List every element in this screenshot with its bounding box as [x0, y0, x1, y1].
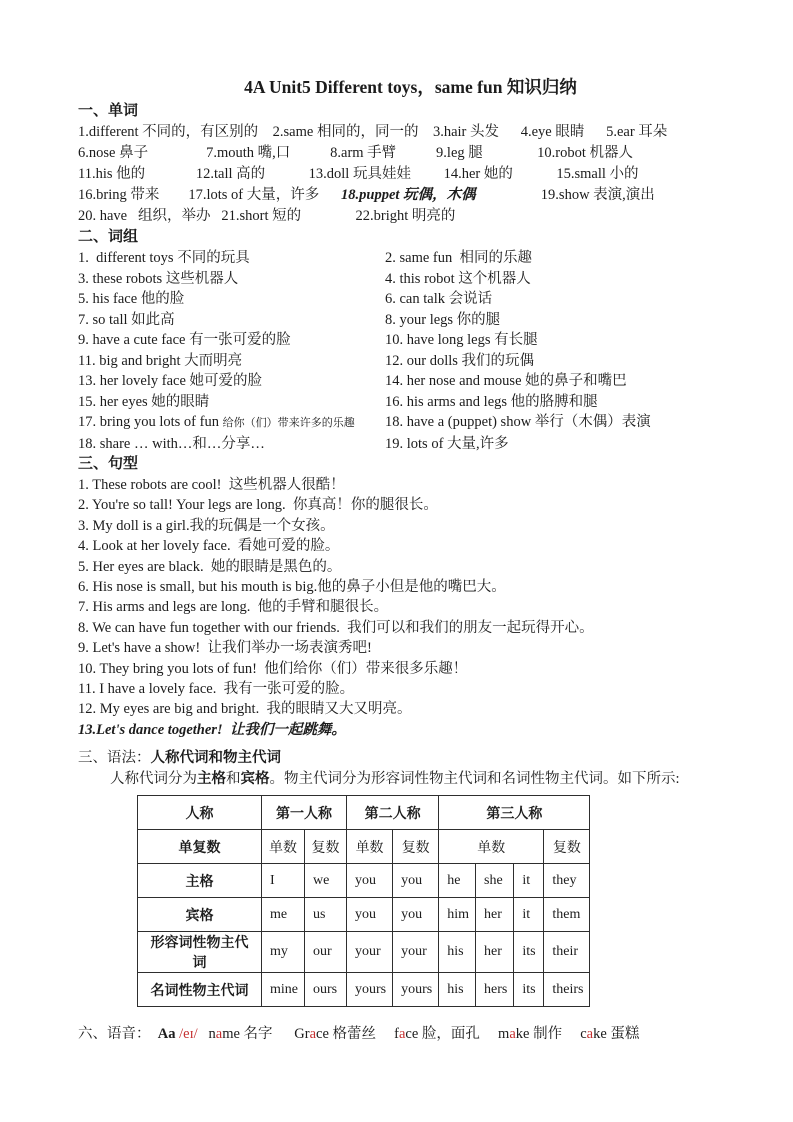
phrase-right: 8. your legs 你的腿 [385, 310, 743, 331]
phrase-right: 19. lots of 大量,许多 [385, 434, 743, 455]
phrase-left: 3. these robots 这些机器人 [78, 269, 385, 290]
table-cell: 宾格 [138, 898, 262, 932]
table-cell: their [544, 932, 590, 973]
table-cell: yours [347, 973, 393, 1007]
phrase-right: 4. this robot 这个机器人 [385, 269, 743, 290]
table-cell: hers [476, 973, 514, 1007]
table-cell: 主格 [138, 864, 262, 898]
table-cell: us [305, 898, 347, 932]
sentence-line: 7. His arms and legs are long. 他的手臂和腿很长。 [78, 597, 743, 617]
table-cell: her [476, 932, 514, 973]
table-cell: 复数 [393, 830, 439, 864]
phrase-left: 5. his face 他的脸 [78, 289, 385, 310]
section-phrases-heading: 二、词组 [78, 227, 743, 248]
phrase-row: 5. his face 他的脸 6. can talk 会说话 [78, 289, 743, 310]
sentence-line: 9. Let's have a show! 让我们举办一场表演秀吧! [78, 638, 743, 658]
word-line: 20. have 组织，举办 21.short 短的 22.bright 明亮的 [78, 206, 743, 227]
table-cell: it [514, 864, 544, 898]
table-cell: you [347, 864, 393, 898]
phrase-row: 17. bring you lots of fun 给你（们）带来许多的乐趣 1… [78, 412, 743, 434]
table-cell: them [544, 898, 590, 932]
sentence-line: 6. His nose is small, but his mouth is b… [78, 577, 743, 597]
sentence-line: 5. Her eyes are black. 她的眼睛是黑色的。 [78, 557, 743, 577]
table-cell: she [476, 864, 514, 898]
table-cell: 单数 [262, 830, 305, 864]
table-cell: my [262, 932, 305, 973]
phrase-right: 14. her nose and mouse 她的鼻子和嘴巴 [385, 371, 743, 392]
table-row: 名词性物主代词 mine ours yours yours his hers i… [138, 973, 590, 1007]
section-sentences-heading: 三、句型 [78, 454, 743, 475]
table-cell: he [439, 864, 476, 898]
table-row: 宾格 me us you you him her it them [138, 898, 590, 932]
table-cell: our [305, 932, 347, 973]
section-words-heading: 一、单词 [78, 101, 743, 122]
table-cell: 单数 [439, 830, 544, 864]
table-row: 形容词性物主代词 my our your your his her its th… [138, 932, 590, 973]
table-cell: 人称 [138, 796, 262, 830]
word-line: 6.nose 鼻子 7.mouth 嘴,口 8.arm 手臂 9.leg 腿 1… [78, 143, 743, 164]
table-header-row: 人称 第一人称 第二人称 第三人称 [138, 796, 590, 830]
table-cell: his [439, 932, 476, 973]
doc-title: 4A Unit5 Different toys，same fun 知识归纳 [78, 76, 743, 98]
phrase-row: 18. share … with…和…分享… 19. lots of 大量,许多 [78, 434, 743, 455]
phrase-left: 1. different toys 不同的玩具 [78, 248, 385, 269]
table-cell: it [514, 898, 544, 932]
sentence-line: 10. They bring you lots of fun! 他们给你（们）带… [78, 659, 743, 679]
table-cell: its [514, 932, 544, 973]
table-cell: I [262, 864, 305, 898]
table-cell: 名词性物主代词 [138, 973, 262, 1007]
phrase-right: 12. our dolls 我们的玩偶 [385, 351, 743, 372]
phonics-line: 六、语音： Aa /eɪ/ name 名字 Grace 格蕾丝 face 脸，面… [78, 1024, 743, 1045]
table-cell: 复数 [544, 830, 590, 864]
phrase-row: 15. her eyes 她的眼睛 16. his arms and legs … [78, 392, 743, 413]
phrase-right: 2. same fun 相同的乐趣 [385, 248, 743, 269]
table-cell: her [476, 898, 514, 932]
table-cell: 第一人称 [262, 796, 347, 830]
phrase-row: 7. so tall 如此高 8. your legs 你的腿 [78, 310, 743, 331]
table-cell: they [544, 864, 590, 898]
sentence-line: 2. You're so tall! Your legs are long. 你… [78, 495, 743, 515]
sentence-line: 4. Look at her lovely face. 看她可爱的脸。 [78, 536, 743, 556]
table-cell: me [262, 898, 305, 932]
table-cell: you [393, 898, 439, 932]
table-cell: ours [305, 973, 347, 1007]
phrase-right: 16. his arms and legs 他的胳膊和腿 [385, 392, 743, 413]
sentence-line: 8. We can have fun together with our fri… [78, 618, 743, 638]
phrase-left: 18. share … with…和…分享… [78, 434, 385, 455]
word-line: 11.his 他的 12.tall 高的 13.doll 玩具娃娃 14.her… [78, 164, 743, 185]
table-cell: your [347, 932, 393, 973]
phrase-row: 1. different toys 不同的玩具 2. same fun 相同的乐… [78, 248, 743, 269]
table-cell: we [305, 864, 347, 898]
phrase-left: 13. her lovely face 她可爱的脸 [78, 371, 385, 392]
document-page: 4A Unit5 Different toys，same fun 知识归纳 一、… [0, 76, 793, 1045]
phrase-right: 6. can talk 会说话 [385, 289, 743, 310]
table-cell: your [393, 932, 439, 973]
phrase-right: 10. have long legs 有长腿 [385, 330, 743, 351]
table-cell: its [514, 973, 544, 1007]
word-line: 1.different 不同的，有区别的 2.same 相同的，同一的 3.ha… [78, 122, 743, 143]
table-cell: 第二人称 [347, 796, 439, 830]
table-cell: 形容词性物主代词 [138, 932, 262, 973]
phrase-left: 7. so tall 如此高 [78, 310, 385, 331]
table-cell: 第三人称 [439, 796, 590, 830]
table-cell: his [439, 973, 476, 1007]
phrase-row: 9. have a cute face 有一张可爱的脸 10. have lon… [78, 330, 743, 351]
table-subheader-row: 单复数 单数 复数 单数 复数 单数 复数 [138, 830, 590, 864]
phrase-row: 13. her lovely face 她可爱的脸 14. her nose a… [78, 371, 743, 392]
table-cell: you [347, 898, 393, 932]
sentence-line: 11. I have a lovely face. 我有一张可爱的脸。 [78, 679, 743, 699]
phrase-left: 15. her eyes 她的眼睛 [78, 392, 385, 413]
sentence-line: 12. My eyes are big and bright. 我的眼睛又大又明… [78, 699, 743, 719]
phrase-row: 3. these robots 这些机器人 4. this robot 这个机器… [78, 269, 743, 290]
table-cell: mine [262, 973, 305, 1007]
table-cell: 单复数 [138, 830, 262, 864]
phrase-row: 11. big and bright 大而明亮 12. our dolls 我们… [78, 351, 743, 372]
sentence-line: 3. My doll is a girl.我的玩偶是一个女孩。 [78, 516, 743, 536]
phrase-left: 11. big and bright 大而明亮 [78, 351, 385, 372]
word-line: 16.bring 带来 17.lots of 大量，许多 18.puppet 玩… [78, 185, 743, 206]
pronoun-table: 人称 第一人称 第二人称 第三人称 单复数 单数 复数 单数 复数 单数 复数 … [137, 795, 590, 1007]
table-cell: yours [393, 973, 439, 1007]
sentence-line: 1. These robots are cool! 这些机器人很酷！ [78, 475, 743, 495]
phrase-left: 9. have a cute face 有一张可爱的脸 [78, 330, 385, 351]
grammar-intro: 人称代词分为主格和宾格。物主代词分为形容词性物主代词和名词性物主代词。如下所示: [78, 769, 743, 790]
sentence-line: 13.Let's dance together! 让我们一起跳舞。 [78, 720, 743, 740]
phrase-right: 18. have a (puppet) show 举行（木偶）表演 [385, 412, 743, 434]
table-row: 主格 I we you you he she it they [138, 864, 590, 898]
table-cell: theirs [544, 973, 590, 1007]
section-grammar-heading: 三、语法：人称代词和物主代词 [78, 748, 743, 769]
table-cell: you [393, 864, 439, 898]
table-cell: him [439, 898, 476, 932]
table-cell: 复数 [305, 830, 347, 864]
phrase-left: 17. bring you lots of fun 给你（们）带来许多的乐趣 [78, 412, 385, 434]
table-cell: 单数 [347, 830, 393, 864]
